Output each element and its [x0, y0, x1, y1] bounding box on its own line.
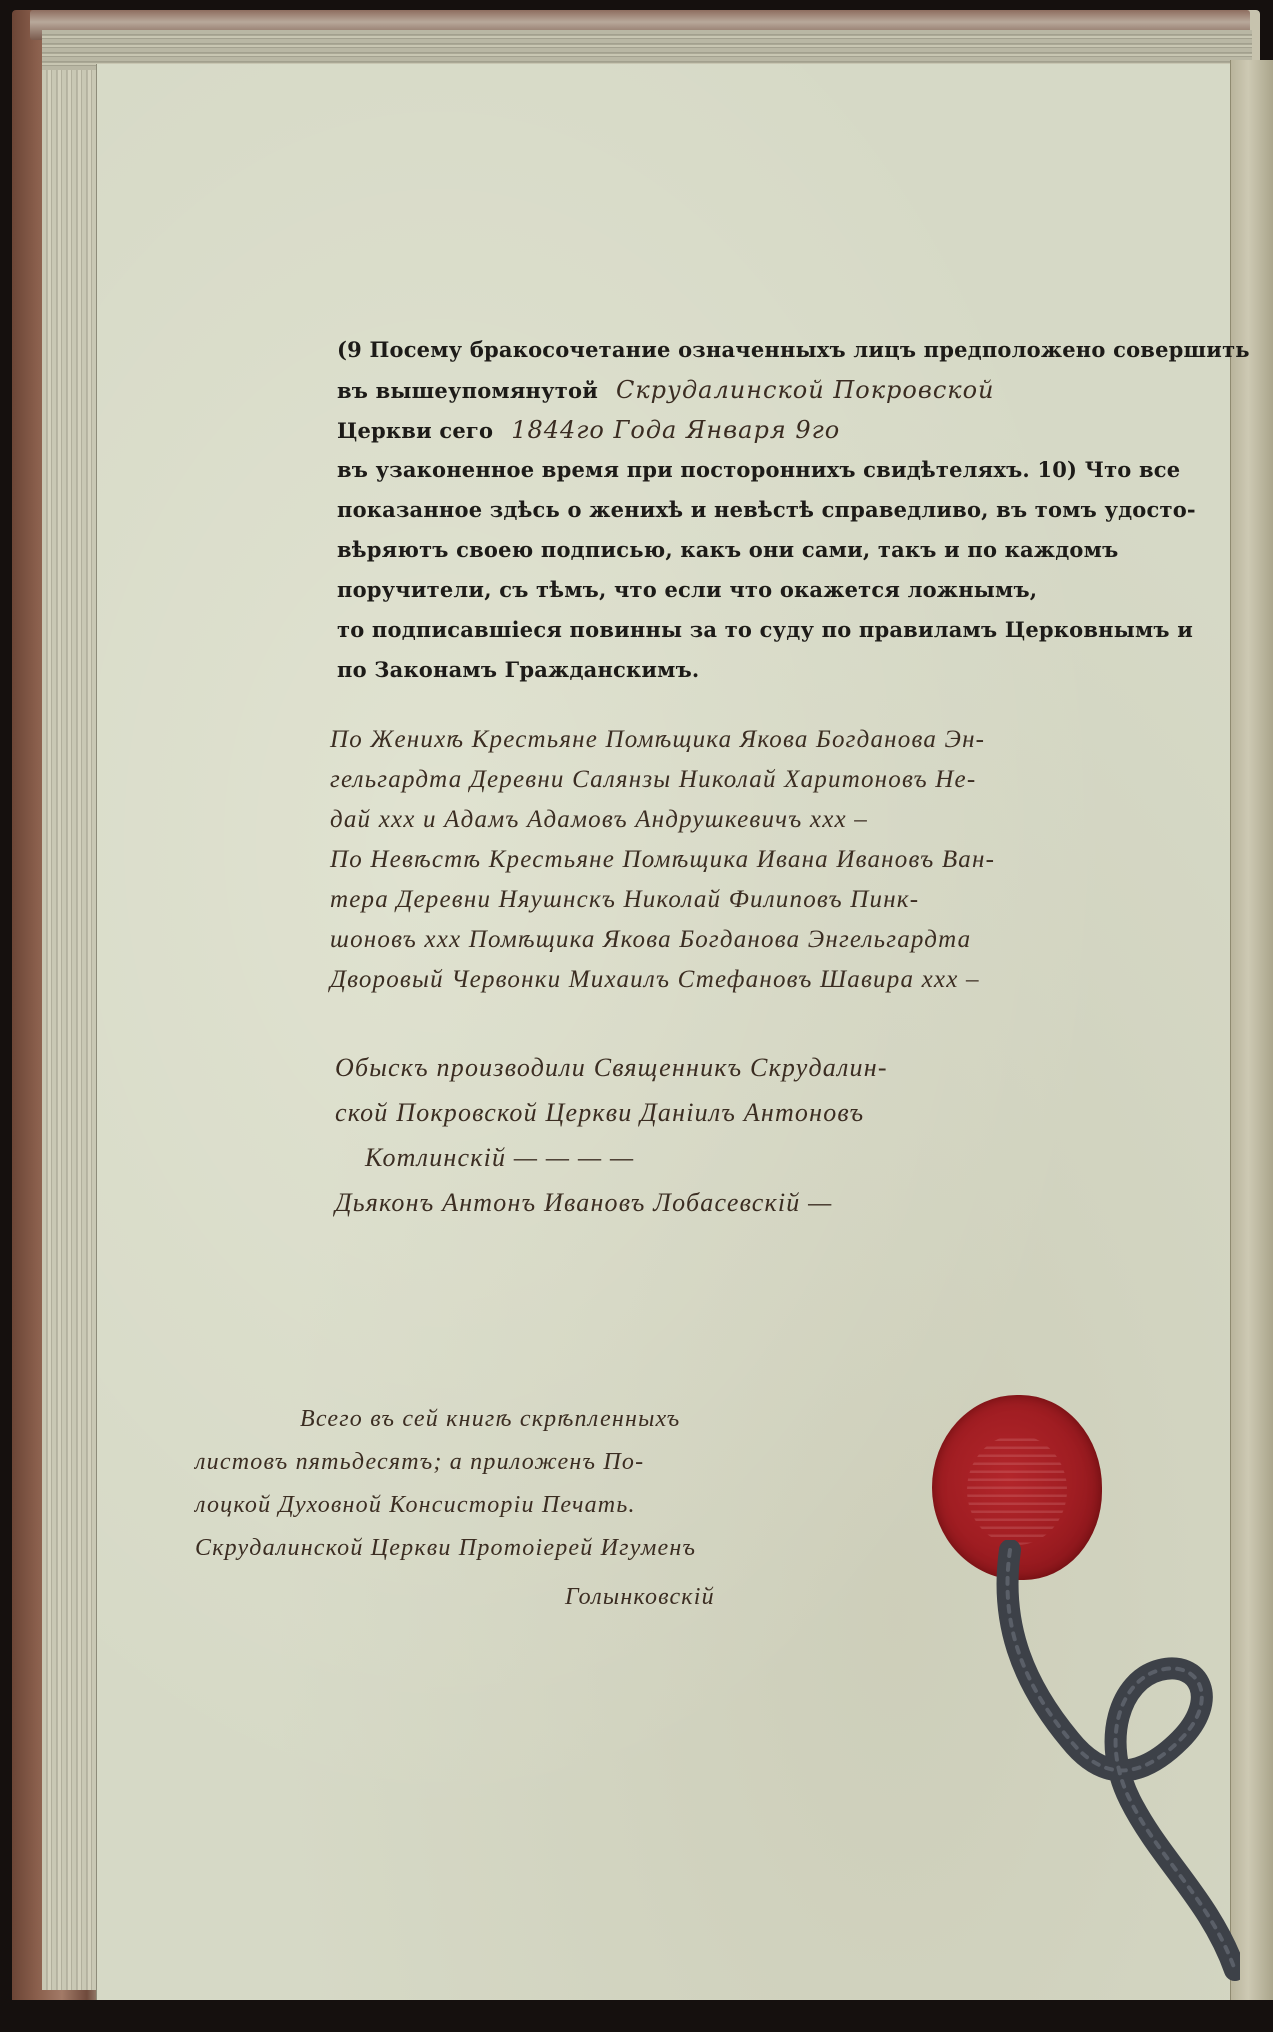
printed-line-1: (9 Посему бракосочетание означенныхъ лиц…	[337, 330, 1217, 370]
cert-line: Всего въ сей книгѣ скрѣпленныхъ	[195, 1398, 915, 1441]
officiant-line: Котлинскій — — — —	[335, 1135, 1255, 1180]
printed-form: (9 Посему бракосочетание означенныхъ лиц…	[337, 330, 1217, 690]
cert-signature: Голынковскій	[195, 1576, 915, 1619]
witness-line: По Невѣстѣ Крестьяне Помѣщика Ивана Иван…	[330, 840, 1250, 880]
officiants-handwritten: Обыскъ производили Священникъ Скрудалин-…	[335, 1045, 1255, 1225]
officiant-line: Обыскъ производили Священникъ Скрудалин-	[335, 1045, 1255, 1090]
printed-line-8: то подписавшіеся повинны за то суду по п…	[337, 610, 1217, 650]
printed-line-9: по Законамъ Гражданскимъ.	[337, 650, 1217, 690]
handwritten-date: 1844го Года Января 9го	[511, 410, 840, 450]
seal-emboss	[967, 1435, 1067, 1545]
witnesses-handwritten: По Женихѣ Крестьяне Помѣщика Якова Богда…	[330, 720, 1250, 1000]
printed-line-6: вѣряютъ своею подписью, какъ они сами, т…	[337, 530, 1217, 570]
witness-line: Дворовый Червонки Михаилъ Стефановъ Шави…	[330, 960, 1250, 1000]
printed-line-4: въ узаконенное время при постороннихъ св…	[337, 450, 1217, 490]
witness-line: По Женихѣ Крестьяне Помѣщика Якова Богда…	[330, 720, 1250, 760]
witness-line: дай ххх и Адамъ Адамовъ Андрушкевичъ ххх…	[330, 800, 1250, 840]
background-shadow	[0, 2000, 1273, 2032]
printed-line-3: Церкви сего 1844го Года Января 9го	[337, 410, 1217, 450]
witness-line: гельгардта Деревни Салянзы Николай Харит…	[330, 760, 1250, 800]
page-stack-left-edge	[42, 30, 102, 1990]
cert-line: лоцкой Духовной Консисторіи Печать.	[195, 1484, 915, 1527]
witness-line: шоновъ ххх Помѣщика Якова Богданова Энге…	[330, 920, 1250, 960]
printed-line-7: поручители, съ тѣмъ, что если что окажет…	[337, 570, 1217, 610]
cert-line: листовъ пятьдесятъ; а приложенъ По-	[195, 1441, 915, 1484]
seal-cord-icon	[980, 1540, 1240, 2000]
printed-line-2: въ вышеупомянутой Скрудалинской Покровск…	[337, 370, 1217, 410]
certification-handwritten: Всего въ сей книгѣ скрѣпленныхъ листовъ …	[195, 1398, 915, 1619]
officiant-line: Дьяконъ Антонъ Ивановъ Лобасевскій —	[335, 1180, 1255, 1225]
cert-line: Скрудалинской Церкви Протоіерей Игуменъ	[195, 1527, 915, 1570]
printed-line-5: показанное здѣсь о женихѣ и невѣстѣ спра…	[337, 490, 1217, 530]
officiant-line: ской Покровской Церкви Даніилъ Антоновъ	[335, 1090, 1255, 1135]
witness-line: тера Деревни Няушнскъ Николай Филиповъ П…	[330, 880, 1250, 920]
handwritten-church-name: Скрудалинской Покровской	[616, 370, 995, 410]
